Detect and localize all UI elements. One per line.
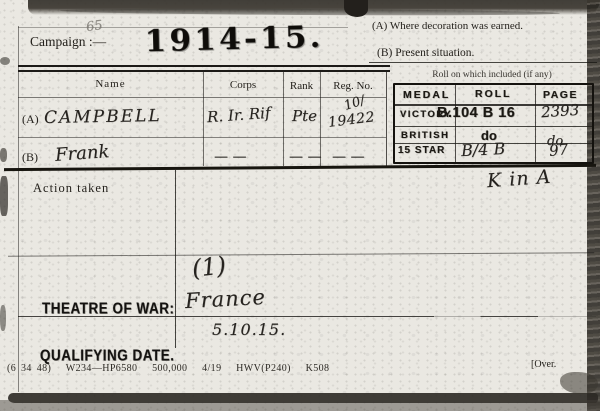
scan-mark-left-1 [0,57,10,65]
qualifying-date-value: 5.10.15. [212,320,286,339]
roll-header-roll: ROLL [475,88,512,100]
roll-row-star-medal: 15 STAR [398,145,445,156]
rule-under-situation [369,62,597,63]
action-taken-vertical-rule [175,170,176,348]
row-b-corps-ditto: — — [214,149,246,165]
scan-mark-left-2 [0,148,7,162]
roll-row-victory-page: 2393 [540,101,579,122]
roll-row-star-roll: B/4 B [461,139,506,160]
scan-mark-left-3 [0,176,8,216]
roll-col-divider-1 [455,85,456,162]
row-a-corps: R. Ir. Rif [206,104,271,126]
roll-row-star-page: 97 [548,140,569,160]
col-header-reg-no: Reg. No. [320,80,386,92]
medal-index-card-scan: 65 Campaign :— 1914-15. (A) Where decora… [0,0,600,411]
scan-mark-left-4 [0,305,6,331]
printer-footer-code: (6 34 48) W234—HP6580 500,000 4/19 HWV(P… [7,363,329,374]
note-present-situation: (B) Present situation. [377,47,474,59]
roll-table-caption: Roll on which included (if any) [396,70,588,80]
campaign-label: Campaign :— [30,34,106,50]
scan-blob-bottom-right [560,372,598,394]
faint-mid-rule [8,252,594,257]
row-b-forename: Frank [54,141,110,166]
roll-header-medal: MEDAL [403,89,450,101]
col-header-rank: Rank [283,80,320,92]
action-taken-label: Action taken [33,181,109,196]
scan-edge-bottom-shadow [0,400,600,411]
theatre-of-war-stamp: THEATRE OF WAR: [42,300,175,317]
scan-blob-top-right [344,0,368,17]
row-b-reg-ditto: — — [332,149,364,165]
table-top-rule-1 [18,65,390,67]
over-note: [Over. [531,359,556,370]
killed-in-action-note: K in A [486,166,552,192]
row-b-rank-ditto: — — [289,149,321,165]
medal-roll-table: MEDAL ROLL PAGE VICTORY B.104 B 16 2393 … [393,83,594,164]
roll-col-divider-2 [535,85,536,162]
row-a-rank: Pte [292,107,317,125]
qualifying-date-stamp: QUALIFYING DATE. [40,347,175,364]
note-where-decoration-earned: (A) Where decoration was earned. [372,20,523,32]
divider-reg-rolltable [386,72,387,167]
row-a-prefix: (A) [22,112,39,127]
rule-under-row-a [18,137,386,138]
row-a-surname: CAMPBELL [44,106,162,128]
theatre-number-note: (1) [191,251,228,282]
theatre-of-war-value: France [184,285,266,313]
rule-under-headers [18,97,386,98]
roll-row-british-medal: BRITISH [401,130,450,141]
row-a-reg-no-value: 19422 [327,109,376,131]
roll-header-page: PAGE [543,89,578,101]
col-header-name: Name [18,78,203,90]
campaign-stamp: 1914-15. [144,20,324,60]
roll-row-victory-roll: B.104 B 16 [437,105,515,121]
col-header-corps: Corps [203,79,283,91]
row-b-prefix: (B) [22,150,38,165]
table-top-rule-2 [18,70,390,72]
pencil-note: 65 [85,18,103,35]
